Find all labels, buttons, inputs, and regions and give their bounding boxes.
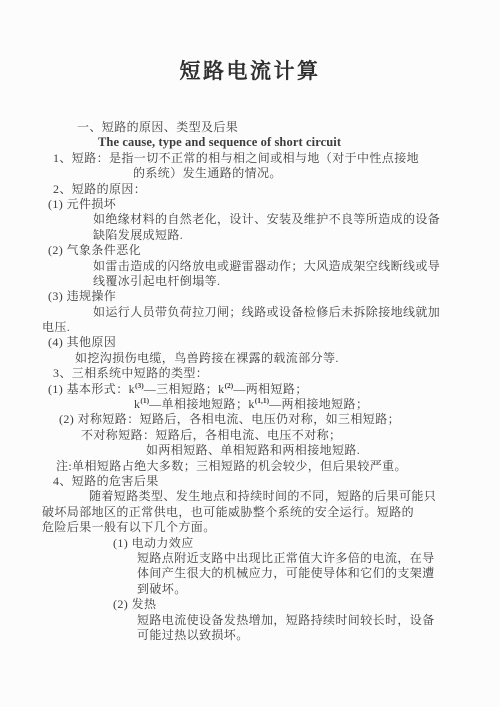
text-segment: (1) 基本形式： (48, 382, 129, 396)
text-line: (1) 元件损坏 (48, 197, 470, 212)
superscript-notation: (3) (135, 381, 144, 390)
superscript-notation: (1) (140, 396, 149, 405)
text-line: (2) 气象条件恶化 (48, 243, 470, 258)
text-line: 2、短路的原因： (53, 182, 470, 197)
text-line: 破坏局部地区的正常供电，也可能威胁整个系统的安全运行。短路的 (42, 505, 470, 520)
text-line: 缺陷发展成短路. (93, 228, 470, 243)
text-line: 3、三相系统中短路的类型： (53, 366, 470, 381)
text-line: 如运行人员带负荷拉刀闸；线路或设备检修后未拆除接地线就加 (93, 305, 470, 320)
text-line: (1) 基本形式：k(3)—三相短路；k(2)—两相短路； (48, 382, 470, 397)
document-page: 短路电流计算 一、短路的原因、类型及后果The cause, type and … (0, 0, 500, 707)
text-line: 如挖沟损伤电缆，鸟兽跨接在裸露的载流部分等. (75, 351, 470, 366)
text-line: 如两相短路、单相短路和两相接地短路. (146, 443, 470, 458)
text-line: 可能过热以致损坏。 (137, 628, 470, 643)
text-line: The cause, type and sequence of short ci… (98, 135, 470, 150)
text-segment: —两相短路； (233, 382, 307, 396)
text-line: (2) 发热 (113, 597, 470, 612)
text-line: (3) 违规操作 (48, 289, 470, 304)
text-line: 一、短路的原因、类型及后果 (77, 120, 470, 135)
text-line: 如绝缘材料的自然老化，设计、安装及维护不良等所造成的设备 (93, 212, 470, 227)
text-line: 随着短路类型、发生地点和持续时间的不同，短路的后果可能只 (89, 489, 470, 504)
text-line: 到破坏。 (137, 582, 470, 597)
text-line: 1、短路：是指一切不正常的相与相之间或相与地（对于中性点接地 (53, 151, 470, 166)
text-line: 危险后果一般有以下几个方面。 (42, 520, 470, 535)
text-line: 如雷击造成的闪络放电或避雷器动作；大风造成架空线断线或导 (93, 259, 470, 274)
superscript-notation: (2) (225, 381, 234, 390)
page-title: 短路电流计算 (0, 0, 500, 85)
text-line: 短路电流使设备发热增加，短路持续时间较长时，设备 (137, 613, 470, 628)
text-line: 不对称短路：短路后，各相电流、电压不对称； (81, 428, 470, 443)
text-line: (2) 对称短路：短路后，各相电流、电压仍对称，如三相短路； (59, 412, 470, 427)
text-line: (1) 电动力效应 (113, 536, 470, 551)
text-line: k(1)—单相接地短路；k(1,1)—两相接地短路； (134, 397, 470, 412)
text-line: 注:单相短路占绝大多数；三相短路的机会较少，但后果较严重。 (56, 459, 470, 474)
document-body: 一、短路的原因、类型及后果The cause, type and sequenc… (42, 120, 470, 643)
text-line: 电压. (42, 320, 470, 335)
text-line: 线覆冰引起电杆倒塌等. (93, 274, 470, 289)
text-segment: —单相接地短路； (149, 397, 248, 411)
superscript-notation: (1,1) (255, 396, 269, 405)
text-line: 4、短路的危害后果 (53, 474, 470, 489)
text-line: 的系统）发生通路的情况。 (133, 166, 470, 181)
text-line: 体间产生很大的机械应力，可能使导体和它们的支架遭 (137, 566, 470, 581)
text-segment: —两相接地短路； (269, 397, 368, 411)
text-line: (4) 其他原因 (48, 335, 470, 350)
text-line: 短路点附近支路中出现比正常值大许多倍的电流，在导 (137, 551, 470, 566)
text-segment: —三相短路； (144, 382, 218, 396)
